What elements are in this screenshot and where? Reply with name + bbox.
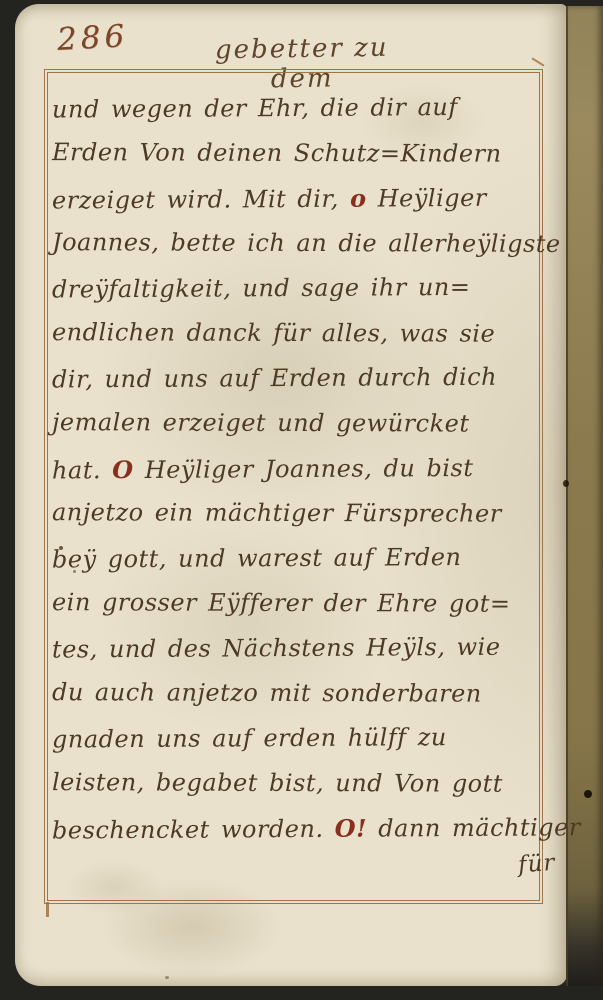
text-run: erzeiget wird. Mit dir,: [52, 185, 350, 215]
manuscript-line: dreÿfaltigkeit, und sage ihr un=: [52, 264, 546, 312]
manuscript-line: gnaden uns auf erden hülff zu: [52, 714, 546, 762]
text-run: Heÿliger: [366, 184, 486, 213]
text-run: hat.: [52, 456, 112, 484]
folio-number: 286: [56, 18, 129, 58]
text-run: gnaden uns auf erden hülff zu: [52, 723, 447, 753]
frame-foot-tick: [46, 902, 49, 917]
manuscript-line: und wegen der Ehr, die dir auf: [52, 84, 546, 132]
text-run: anjetzo ein mächtiger Fürsprecher: [52, 498, 502, 528]
manuscript-line: beschencket worden. O! dann mächtiger: [52, 804, 546, 852]
wormhole-dot: [584, 790, 592, 798]
text-run: Joannes, bette ich an die allerheÿligste: [52, 228, 561, 258]
manuscript-line: leisten, begabet bist, und Von gott: [52, 760, 546, 807]
text-run: dir, und uns auf Erden durch dich: [52, 363, 497, 394]
text-run: dreÿfaltigkeit, und sage ihr un=: [52, 273, 471, 304]
text-run: tes, und des Nächstens Heÿls, wie: [52, 633, 501, 664]
text-run: Erden Von deinen Schutz=Kindern: [52, 138, 502, 168]
ink-speck: [165, 976, 169, 979]
text-block: und wegen der Ehr, die dir aufErden Von …: [52, 86, 546, 851]
red-ink-run: o: [350, 184, 367, 213]
manuscript-line: du auch anjetzo mit sonderbaren: [52, 670, 546, 717]
text-run: endlichen danck für alles, was sie: [52, 318, 495, 348]
text-run: ein grosser Eÿfferer der Ehre got=: [52, 588, 511, 618]
text-run: und wegen der Ehr, die dir auf: [52, 93, 458, 123]
red-ink-run: O: [112, 455, 134, 484]
manuscript-line: Erden Von deinen Schutz=Kindern: [52, 130, 546, 177]
text-run: jemalen erzeiget und gewürcket: [52, 408, 470, 437]
manuscript-line: dir, und uns auf Erden durch dich: [52, 354, 546, 402]
text-run: beÿ gott, und warest auf Erden: [52, 543, 462, 574]
manuscript-scan: { "document": { "folio_number": "286", "…: [0, 0, 603, 1000]
wormhole-dot: [563, 480, 569, 487]
catchword: für: [517, 848, 589, 879]
manuscript-line: ein grosser Eÿfferer der Ehre got=: [52, 580, 546, 627]
manuscript-line: beÿ gott, und warest auf Erden: [52, 534, 546, 582]
red-ink-run: O!: [335, 814, 368, 843]
manuscript-line: jemalen erzeiget und gewürcket: [52, 400, 546, 447]
text-run: du auch anjetzo mit sonderbaren: [52, 678, 482, 708]
manuscript-line: erzeiget wird. Mit dir, o Heÿliger: [52, 174, 546, 222]
manuscript-line: hat. O Heÿliger Joannes, du bist: [52, 444, 546, 492]
manuscript-line: anjetzo ein mächtiger Fürsprecher: [52, 490, 546, 537]
manuscript-line: tes, und des Nächstens Heÿls, wie: [52, 624, 546, 672]
text-run: beschencket worden.: [52, 815, 335, 845]
manuscript-line: Joannes, bette ich an die allerheÿligste: [52, 220, 546, 267]
text-run: Heÿliger Joannes, du bist: [133, 454, 473, 484]
manuscript-line: endlichen danck für alles, was sie: [52, 310, 546, 357]
text-run: leisten, begabet bist, und Von gott: [52, 768, 503, 798]
text-run: dann mächtiger: [367, 813, 581, 842]
